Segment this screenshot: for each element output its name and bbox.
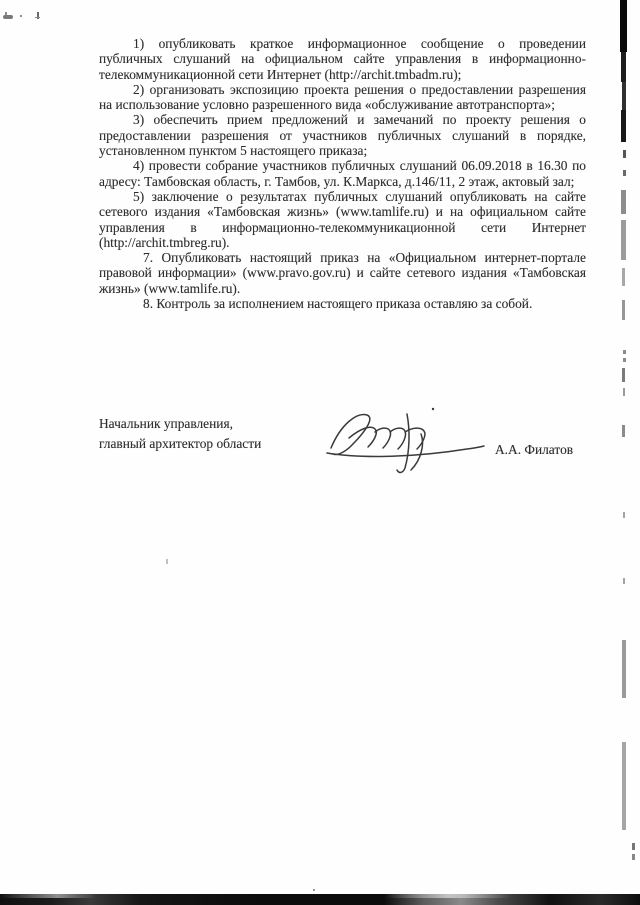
scan-artifact-edge	[621, 190, 626, 214]
scan-artifact-edge	[621, 110, 626, 142]
order-item-7: 7. Опубликовать настоящий приказ на «Офи…	[99, 250, 586, 296]
handwritten-signature-image	[321, 404, 491, 476]
scan-artifact-edge	[623, 170, 626, 176]
scan-artifact-speck	[20, 15, 22, 17]
order-item-3: 3) обеспечить прием предложений и замеча…	[99, 112, 586, 158]
scan-artifact-speck	[313, 889, 315, 891]
scan-artifact-edge	[620, 0, 627, 52]
scan-artifact-speck	[35, 17, 40, 18]
scan-artifact-edge	[622, 82, 626, 110]
scan-artifact-edge	[622, 640, 626, 698]
order-item-5: 5) заключение о результатах публичных сл…	[99, 189, 586, 250]
scan-artifact-edge	[621, 220, 626, 260]
order-item-8: 8. Контроль за исполнением настоящего пр…	[99, 296, 586, 311]
scan-artifact-speck	[166, 559, 168, 564]
signature-ink-dot	[432, 408, 434, 410]
scan-artifact-edge	[621, 52, 626, 82]
scan-artifact-bottom-band	[0, 894, 640, 905]
scan-artifact-edge	[623, 150, 626, 158]
scan-artifact-edge	[623, 512, 625, 518]
signatory-name: А.А. Филатов	[495, 440, 573, 460]
scan-artifact-edge	[622, 742, 626, 830]
scan-artifact-edge	[623, 358, 626, 362]
scan-artifact-speck	[3, 15, 13, 19]
document-body: 1) опубликовать краткое информационное с…	[99, 36, 586, 311]
scan-artifact-edge	[632, 854, 635, 860]
scan-artifact-bottom-band-texture	[0, 894, 640, 898]
scan-artifact-edge	[622, 425, 625, 437]
scan-artifact-edge	[623, 578, 625, 584]
scan-artifact-edge	[623, 388, 625, 396]
order-item-2: 2) организовать экспозицию проекта решен…	[99, 82, 586, 113]
order-item-1: 1) опубликовать краткое информационное с…	[99, 36, 586, 82]
scan-artifact-speck	[5, 12, 7, 15]
scanned-document-page: 1) опубликовать краткое информационное с…	[0, 0, 640, 905]
scan-artifact-edge	[632, 843, 635, 850]
scan-artifact-edge	[622, 268, 625, 286]
scan-artifact-edge	[623, 350, 626, 354]
scan-artifact-edge	[622, 368, 625, 382]
scan-artifact-edge	[622, 300, 625, 320]
signature-block: Начальник управления, главный архитектор…	[99, 414, 586, 484]
order-item-4: 4) провести собрание участников публичны…	[99, 158, 586, 189]
